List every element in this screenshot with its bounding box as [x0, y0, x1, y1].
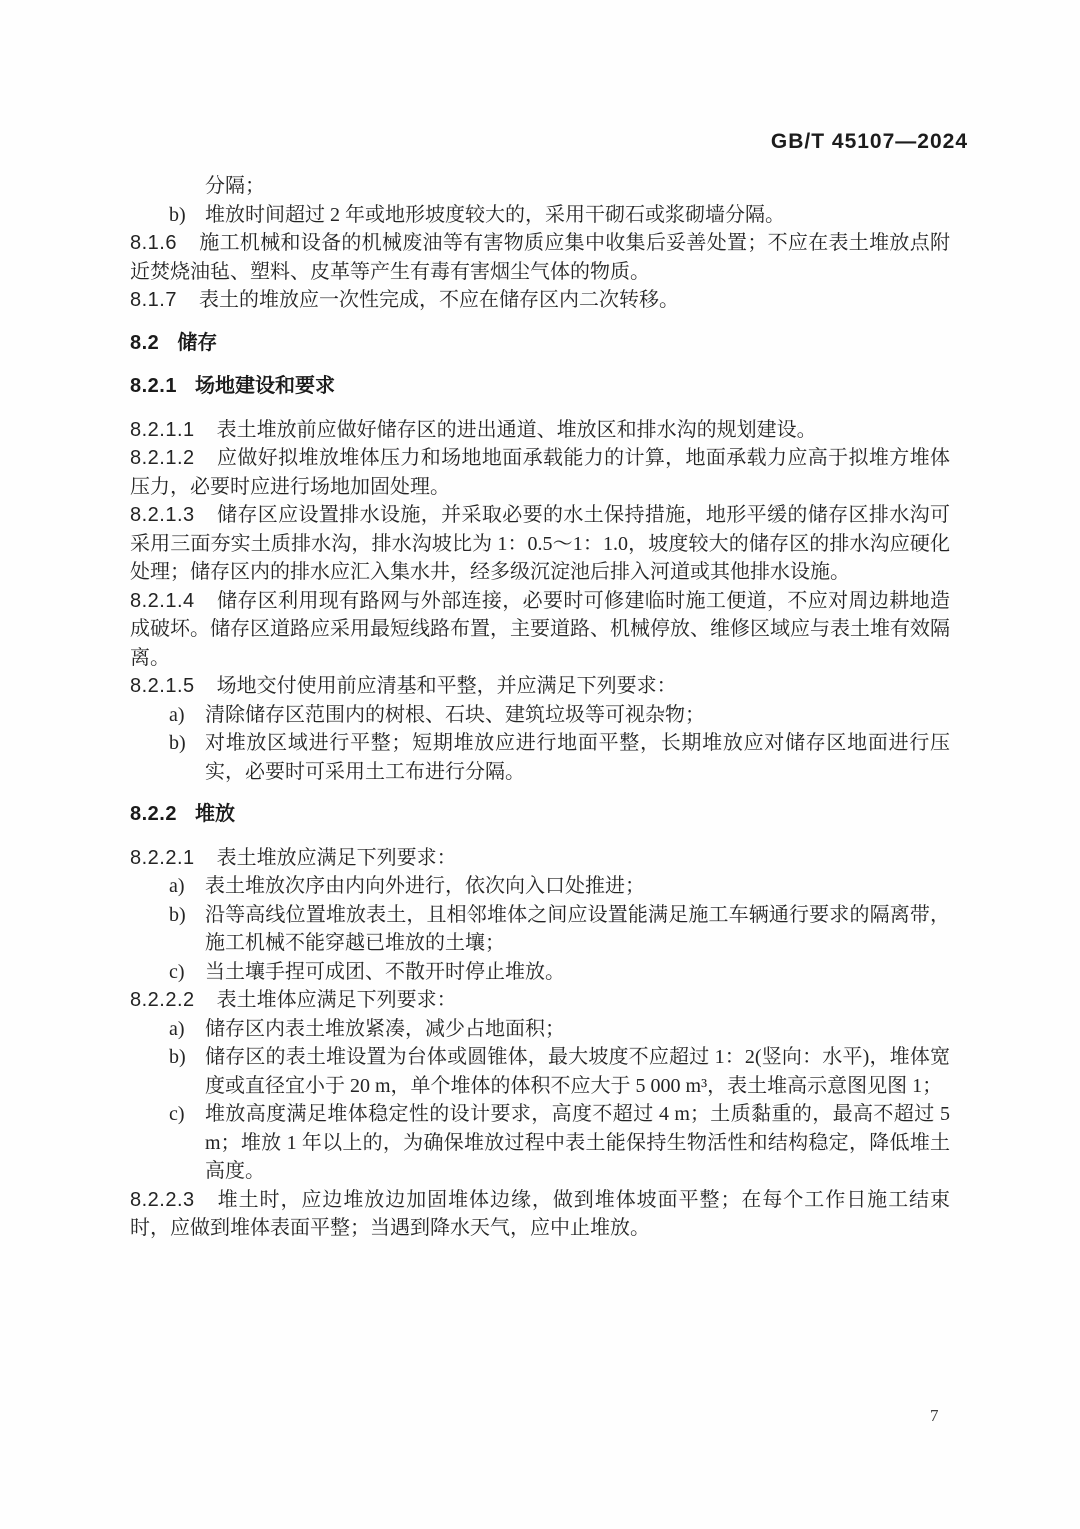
clause-number: 8.2.1.5 — [130, 675, 195, 697]
list-item: b)对堆放区域进行平整；短期堆放应进行地面平整，长期堆放应对储存区地面进行压实，… — [130, 729, 950, 786]
clause-text: 堆土时，应边堆放边加固堆体边缘，做到堆体坡面平整；在每个工作日施工结束时，应做到… — [130, 1189, 950, 1240]
list-item-label: b) — [169, 201, 186, 230]
list-item-label: b) — [169, 901, 186, 930]
section-number: 8.2.1 — [130, 375, 177, 397]
clause-text: 表土堆放前应做好储存区的进出通道、堆放区和排水沟的规划建设。 — [217, 419, 817, 441]
list-item-label: a) — [169, 1015, 185, 1044]
clause-number: 8.2.1.1 — [130, 419, 195, 441]
clause-paragraph: 8.2.2.1表土堆放应满足下列要求： — [130, 844, 950, 873]
clause-text: 表土堆放应满足下列要求： — [217, 847, 457, 869]
clause-number: 8.1.6 — [130, 232, 177, 254]
clause-paragraph: 8.2.1.2应做好拟堆放堆体压力和场地地面承载能力的计算，地面承载力应高于拟堆… — [130, 444, 950, 501]
clause-paragraph: 8.2.1.5场地交付使用前应清基和平整，并应满足下列要求： — [130, 672, 950, 701]
list-continuation: 分隔； — [130, 172, 950, 201]
clause-text: 场地交付使用前应清基和平整，并应满足下列要求： — [217, 675, 677, 697]
clause-paragraph: 8.1.7表土的堆放应一次性完成，不应在储存区内二次转移。 — [130, 286, 950, 315]
list-item: c)当土壤手捏可成团、不散开时停止堆放。 — [130, 958, 950, 987]
clause-number: 8.2.2.3 — [130, 1189, 195, 1211]
list-item: a)储存区内表土堆放紧凑，减少占地面积； — [130, 1015, 950, 1044]
list-item: b)储存区的表土堆设置为台体或圆锥体，最大坡度不应超过 1：2(竖向：水平)，堆… — [130, 1043, 950, 1100]
clause-number: 8.2.1.4 — [130, 590, 195, 612]
list-item-text: 清除储存区范围内的树根、石块、建筑垃圾等可视杂物； — [205, 704, 705, 726]
clause-text: 储存区利用现有路网与外部连接，必要时可修建临时施工便道，不应对周边耕地造成破坏。… — [130, 590, 950, 669]
page-number: 7 — [930, 1406, 939, 1426]
clause-number: 8.2.2.2 — [130, 989, 195, 1011]
clause-text: 表土堆体应满足下列要求： — [217, 989, 457, 1011]
list-item: b)堆放时间超过 2 年或地形坡度较大的，采用干砌石或浆砌墙分隔。 — [130, 201, 950, 230]
list-item-text: 储存区的表土堆设置为台体或圆锥体，最大坡度不应超过 1：2(竖向：水平)，堆体宽… — [205, 1046, 950, 1097]
clause-paragraph: 8.2.1.3储存区应设置排水设施，并采取必要的水土保持措施，地形平缓的储存区排… — [130, 501, 950, 587]
list-item: a)清除储存区范围内的树根、石块、建筑垃圾等可视杂物； — [130, 701, 950, 730]
list-item-label: b) — [169, 729, 186, 758]
clause-paragraph: 8.2.2.3堆土时，应边堆放边加固堆体边缘，做到堆体坡面平整；在每个工作日施工… — [130, 1186, 950, 1243]
list-item: a)表土堆放次序由内向外进行，依次向入口处推进； — [130, 872, 950, 901]
section-number: 8.2 — [130, 332, 159, 354]
section-heading: 8.2.2堆放 — [130, 800, 950, 829]
section-title: 堆放 — [195, 803, 235, 825]
list-item-text: 当土壤手捏可成团、不散开时停止堆放。 — [205, 961, 565, 983]
clause-paragraph: 8.2.1.4储存区利用现有路网与外部连接，必要时可修建临时施工便道，不应对周边… — [130, 587, 950, 673]
list-item-label: a) — [169, 701, 185, 730]
clause-text: 表土的堆放应一次性完成，不应在储存区内二次转移。 — [199, 289, 679, 311]
list-item: c)堆放高度满足堆体稳定性的设计要求，高度不超过 4 m；土质黏重的，最高不超过… — [130, 1100, 950, 1186]
clause-number: 8.2.1.2 — [130, 447, 195, 469]
list-item-text: 储存区内表土堆放紧凑，减少占地面积； — [205, 1018, 565, 1040]
clause-text: 应做好拟堆放堆体压力和场地地面承载能力的计算，地面承载力应高于拟堆方堆体压力，必… — [130, 447, 950, 498]
section-heading: 8.2.1场地建设和要求 — [130, 372, 950, 401]
clause-number: 8.2.2.1 — [130, 847, 195, 869]
clause-paragraph: 8.1.6施工机械和设备的机械废油等有害物质应集中收集后妥善处置；不应在表土堆放… — [130, 229, 950, 286]
section-heading: 8.2储存 — [130, 329, 950, 358]
list-item-label: a) — [169, 872, 185, 901]
list-item-text: 对堆放区域进行平整；短期堆放应进行地面平整，长期堆放应对储存区地面进行压实，必要… — [205, 732, 950, 783]
list-item-text: 沿等高线位置堆放表土，且相邻堆体之间应设置能满足施工车辆通行要求的隔离带，施工机… — [205, 904, 950, 955]
list-item-text: 表土堆放次序由内向外进行，依次向入口处推进； — [205, 875, 645, 897]
standard-number-header: GB/T 45107—2024 — [771, 130, 968, 154]
list-continuation-text: 分隔； — [205, 175, 265, 197]
section-title: 储存 — [177, 332, 217, 354]
clause-number: 8.2.1.3 — [130, 504, 195, 526]
clause-text: 施工机械和设备的机械废油等有害物质应集中收集后妥善处置；不应在表土堆放点附近焚烧… — [130, 232, 950, 283]
clause-paragraph: 8.2.2.2表土堆体应满足下列要求： — [130, 986, 950, 1015]
list-item-label: c) — [169, 958, 185, 987]
list-item-label: b) — [169, 1043, 186, 1072]
list-item-label: c) — [169, 1100, 185, 1129]
section-number: 8.2.2 — [130, 803, 177, 825]
doc-body: 分隔；b)堆放时间超过 2 年或地形坡度较大的，采用干砌石或浆砌墙分隔。8.1.… — [130, 172, 950, 1243]
section-title: 场地建设和要求 — [195, 375, 335, 397]
list-item-text: 堆放时间超过 2 年或地形坡度较大的，采用干砌石或浆砌墙分隔。 — [205, 204, 785, 226]
list-item: b)沿等高线位置堆放表土，且相邻堆体之间应设置能满足施工车辆通行要求的隔离带，施… — [130, 901, 950, 958]
clause-text: 储存区应设置排水设施，并采取必要的水土保持措施，地形平缓的储存区排水沟可采用三面… — [130, 504, 950, 583]
document-page: GB/T 45107—2024 分隔；b)堆放时间超过 2 年或地形坡度较大的，… — [0, 0, 1080, 1529]
list-item-text: 堆放高度满足堆体稳定性的设计要求，高度不超过 4 m；土质黏重的，最高不超过 5… — [205, 1103, 950, 1182]
clause-paragraph: 8.2.1.1表土堆放前应做好储存区的进出通道、堆放区和排水沟的规划建设。 — [130, 416, 950, 445]
clause-number: 8.1.7 — [130, 289, 177, 311]
